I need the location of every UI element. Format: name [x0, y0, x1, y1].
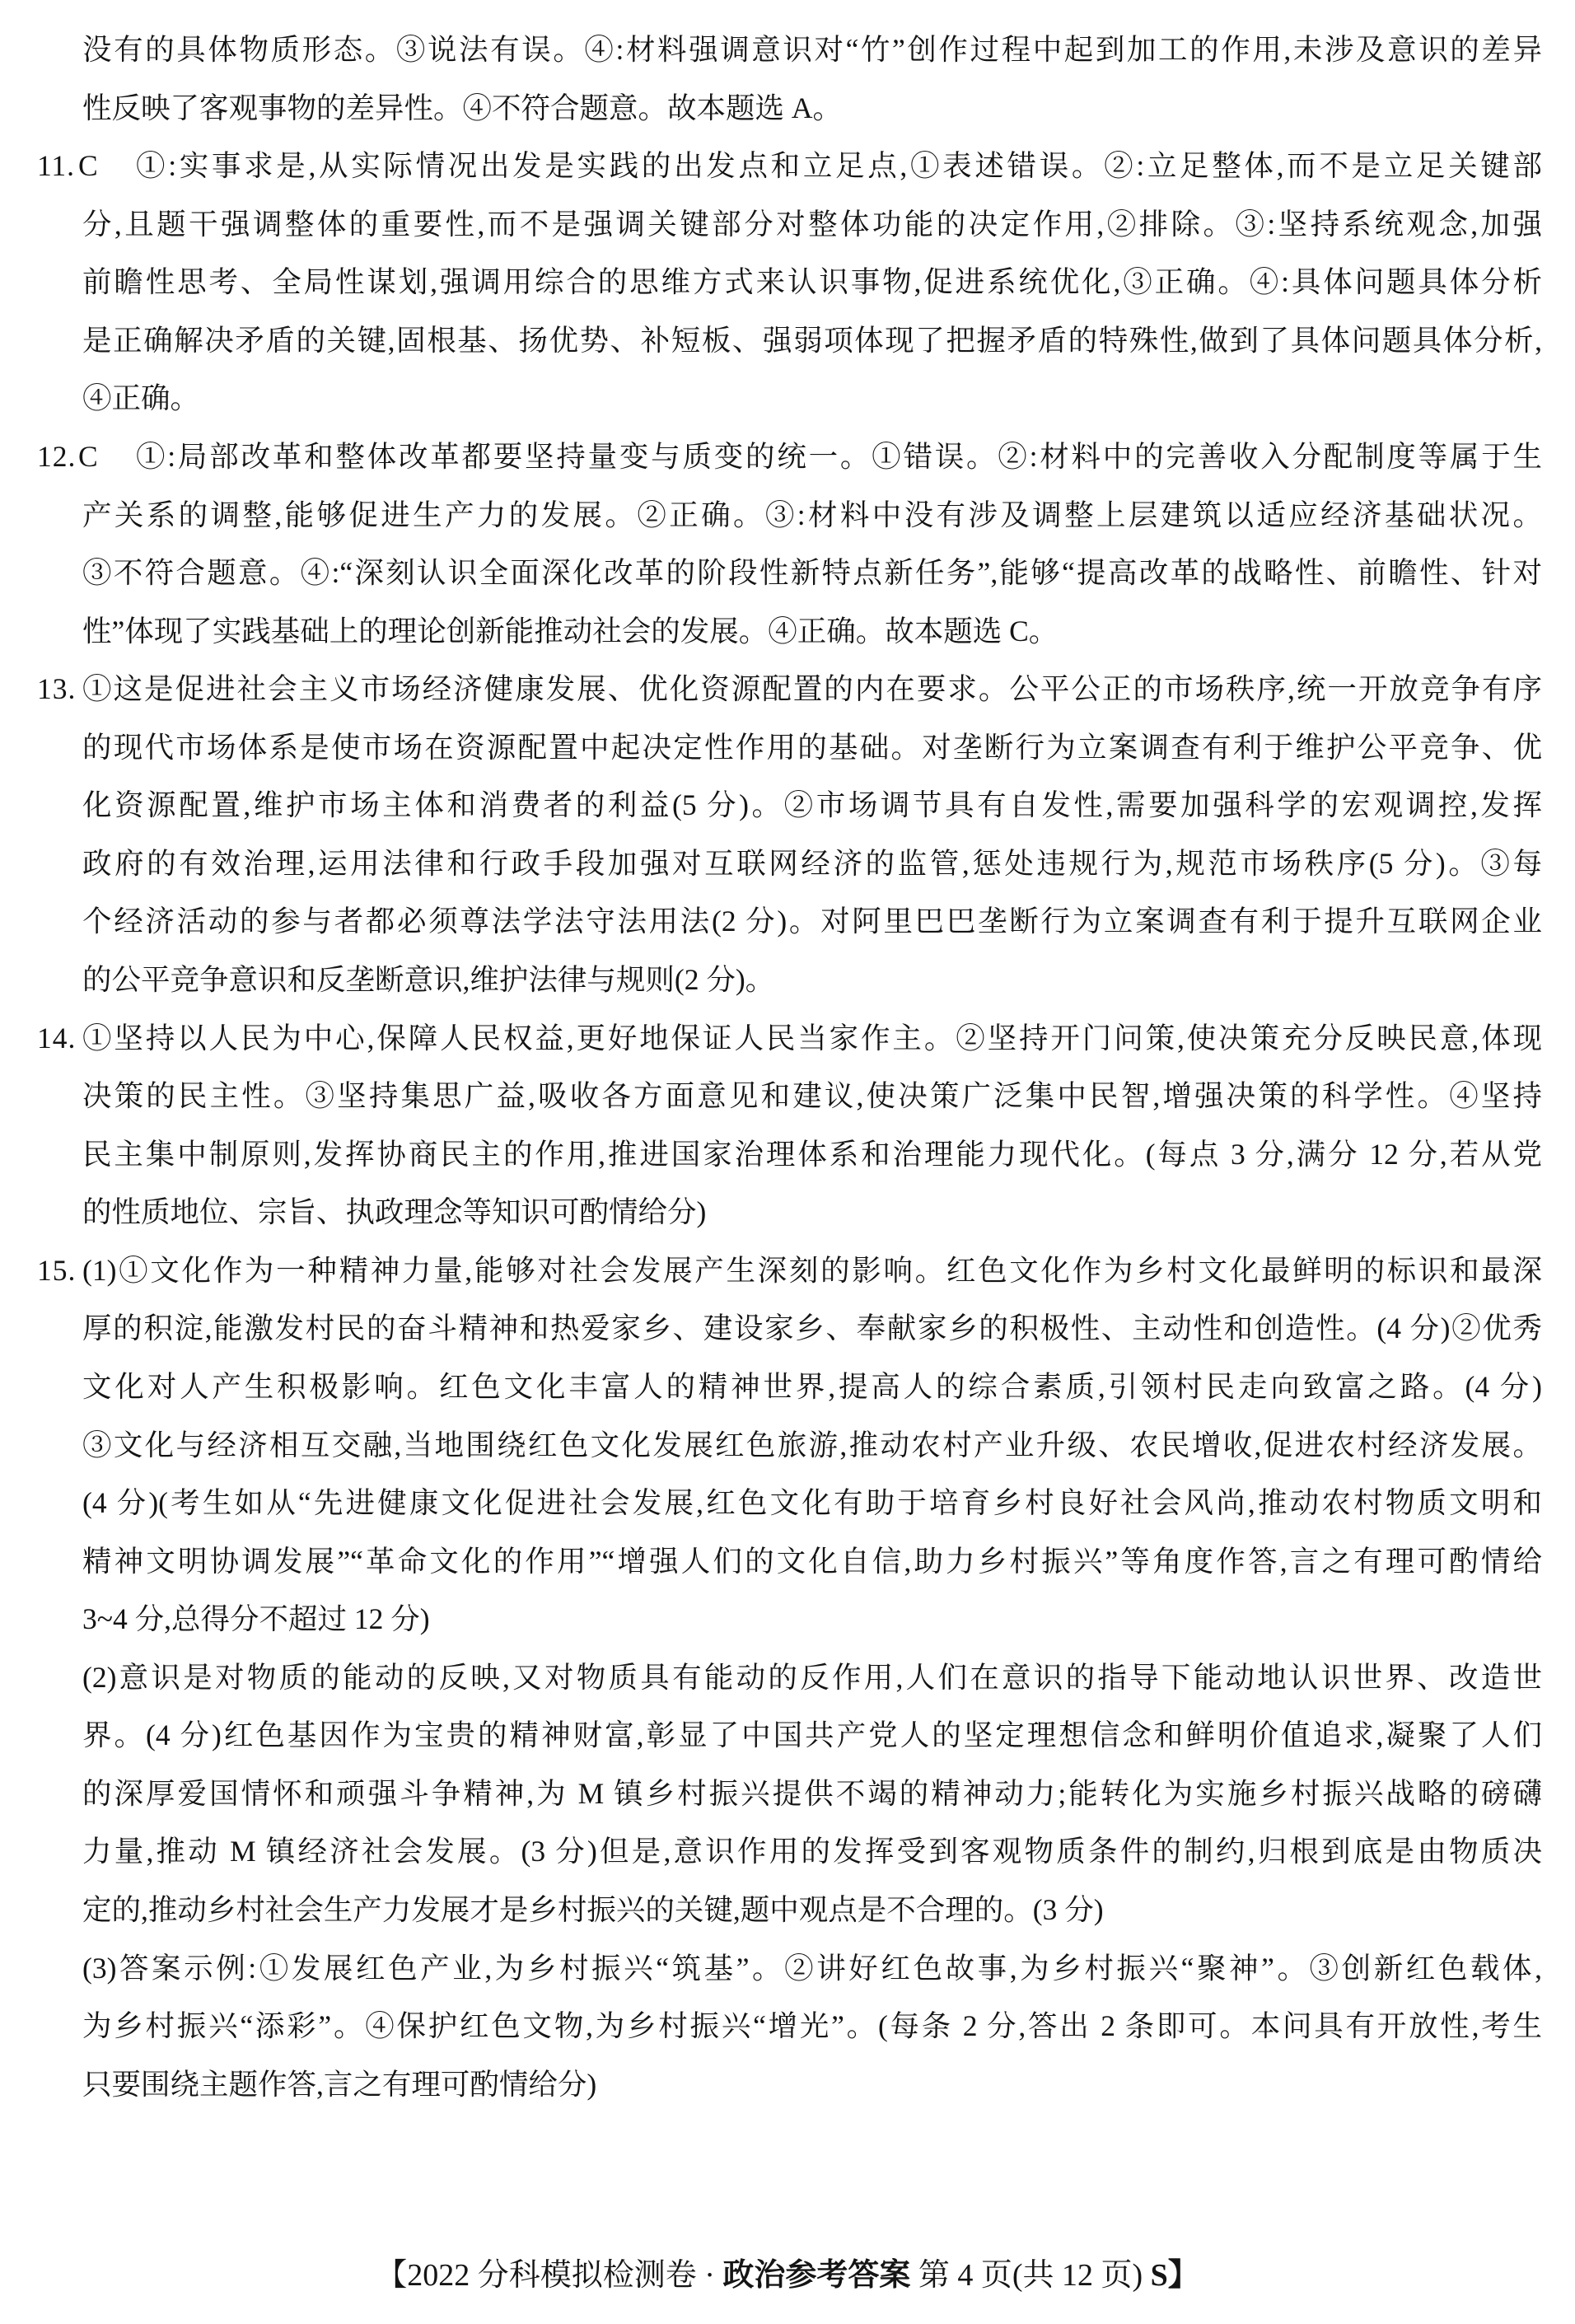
answer-line: 个经济活动的参与者都必须尊法学法守法用法(2 分)。对阿里巴巴垄断行为立案调查有…	[37, 892, 1542, 951]
answer-text: 厚的积淀,能激发村民的奋斗精神和热爱家乡、建设家乡、奉献家乡的积极性、主动性和创…	[82, 1299, 1542, 1358]
answer-line: 力量,推动 M 镇经济社会发展。(3 分)但是,意识作用的发挥受到客观物质条件的…	[37, 1822, 1542, 1881]
answer-text: 决策的民主性。③坚持集思广益,吸收各方面意见和建议,使决策广泛集中民智,增强决策…	[82, 1067, 1542, 1125]
answer-sheet-page: 没有的具体物质形态。③说法有误。④:材料强调意识对“竹”创作过程中起到加工的作用…	[0, 0, 1575, 2324]
page-footer: 【2022 分科模拟检测卷 · 政治参考答案 第 4 页(共 12 页) S】	[0, 2246, 1575, 2305]
answer-line: 14.①坚持以人民为中心,保障人民权益,更好地保证人民当家作主。②坚持开门问策,…	[37, 1009, 1542, 1068]
answer-text: 精神文明协调发展”“革命文化的作用”“增强人们的文化自信,助力乡村振兴”等角度作…	[82, 1532, 1542, 1591]
answer-line: ③文化与经济相互交融,当地围绕红色文化发展红色旅游,推动农村产业升级、农民增收,…	[37, 1416, 1542, 1475]
answer-text: ①这是促进社会主义市场经济健康发展、优化资源配置的内在要求。公平公正的市场秩序,…	[82, 660, 1542, 718]
answer-text: ①坚持以人民为中心,保障人民权益,更好地保证人民当家作主。②坚持开门问策,使决策…	[82, 1009, 1542, 1068]
answer-text: ③不符合题意。④:“深刻认识全面深化改革的阶段性新特点新任务”,能够“提高改革的…	[82, 544, 1542, 602]
answer-line: 12.C①:局部改革和整体改革都要坚持量变与质变的统一。①错误。②:材料中的完善…	[37, 428, 1542, 486]
answer-text: ①:局部改革和整体改革都要坚持量变与质变的统一。①错误。②:材料中的完善收入分配…	[136, 428, 1542, 486]
answer-line: 性”体现了实践基础上的理论创新能推动社会的发展。④正确。故本题选 C。	[37, 602, 1542, 661]
answer-text: 民主集中制原则,发挥协商民主的作用,推进国家治理体系和治理能力现代化。(每点 3…	[82, 1125, 1542, 1184]
answer-text: 个经济活动的参与者都必须尊法学法守法用法(2 分)。对阿里巴巴垄断行为立案调查有…	[82, 892, 1542, 951]
answer-text: 定的,推动乡村社会生产力发展才是乡村振兴的关键,题中观点是不合理的。(3 分)	[82, 1881, 1542, 1939]
answer-line: 的现代市场体系是使市场在资源配置中起决定性作用的基础。对垄断行为立案调查有利于维…	[37, 718, 1542, 777]
answer-text: (1)①文化作为一种精神力量,能够对社会发展产生深刻的影响。红色文化作为乡村文化…	[82, 1241, 1542, 1300]
answer-line: 没有的具体物质形态。③说法有误。④:材料强调意识对“竹”创作过程中起到加工的作用…	[37, 21, 1542, 79]
answer-line: 分,且题干强调整体的重要性,而不是强调关键部分对整体功能的决定作用,②排除。③:…	[37, 195, 1542, 254]
question-number: 13.	[37, 660, 76, 718]
answer-line: 只要围绕主题作答,言之有理可酌情给分)	[37, 2055, 1542, 2114]
answer-line: 3~4 分,总得分不超过 12 分)	[37, 1590, 1542, 1648]
answer-text: 是正确解决矛盾的关键,固根基、扬优势、补短板、强弱项体现了把握矛盾的特殊性,做到…	[82, 311, 1542, 370]
answer-text: 政府的有效治理,运用法律和行政手段加强对互联网经济的监管,惩处违规行为,规范市场…	[82, 835, 1542, 893]
answer-text: 只要围绕主题作答,言之有理可酌情给分)	[82, 2055, 1542, 2114]
answer-lines: 没有的具体物质形态。③说法有误。④:材料强调意识对“竹”创作过程中起到加工的作用…	[37, 21, 1542, 2113]
answer-line: 为乡村振兴“添彩”。④保护红色文物,为乡村振兴“增光”。(每条 2 分,答出 2…	[37, 1997, 1542, 2055]
footer-booklet-title: 【2022 分科模拟检测卷 ·	[376, 2258, 722, 2293]
answer-text: 分,且题干强调整体的重要性,而不是强调关键部分对整体功能的决定作用,②排除。③:…	[82, 195, 1542, 254]
answer-text: ①:实事求是,从实际情况出发是实践的出发点和立足点,①表述错误。②:立足整体,而…	[136, 137, 1542, 195]
answer-text: 的现代市场体系是使市场在资源配置中起决定性作用的基础。对垄断行为立案调查有利于维…	[82, 718, 1542, 777]
answer-text: (2)意识是对物质的能动的反映,又对物质具有能动的反作用,人们在意识的指导下能动…	[82, 1648, 1542, 1707]
answer-line: ④正确。	[37, 369, 1542, 428]
answer-line: 定的,推动乡村社会生产力发展才是乡村振兴的关键,题中观点是不合理的。(3 分)	[37, 1881, 1542, 1939]
question-number: 14.	[37, 1009, 76, 1068]
answer-text: ④正确。	[82, 369, 1542, 428]
answer-text: 界。(4 分)红色基因作为宝贵的精神财富,彰显了中国共产党人的坚定理想信念和鲜明…	[82, 1706, 1542, 1765]
answer-text: 性反映了客观事物的差异性。④不符合题意。故本题选 A。	[82, 79, 1542, 138]
answer-text: 性”体现了实践基础上的理论创新能推动社会的发展。④正确。故本题选 C。	[82, 602, 1542, 661]
answer-line: 精神文明协调发展”“革命文化的作用”“增强人们的文化自信,助力乡村振兴”等角度作…	[37, 1532, 1542, 1591]
answer-line: 的深厚爱国情怀和顽强斗争精神,为 M 镇乡村振兴提供不竭的精神动力;能转化为实施…	[37, 1765, 1542, 1823]
answer-line: 民主集中制原则,发挥协商民主的作用,推进国家治理体系和治理能力现代化。(每点 3…	[37, 1125, 1542, 1184]
answer-line: 的性质地位、宗旨、执政理念等知识可酌情给分)	[37, 1183, 1542, 1241]
answer-line: 厚的积淀,能激发村民的奋斗精神和热爱家乡、建设家乡、奉献家乡的积极性、主动性和创…	[37, 1299, 1542, 1358]
answer-text: 力量,推动 M 镇经济社会发展。(3 分)但是,意识作用的发挥受到客观物质条件的…	[82, 1822, 1542, 1881]
answer-line: 11.C①:实事求是,从实际情况出发是实践的出发点和立足点,①表述错误。②:立足…	[37, 137, 1542, 195]
answer-line: 决策的民主性。③坚持集思广益,吸收各方面意见和建议,使决策广泛集中民智,增强决策…	[37, 1067, 1542, 1125]
answer-line: (3)答案示例:①发展红色产业,为乡村振兴“筑基”。②讲好红色故事,为乡村振兴“…	[37, 1939, 1542, 1998]
question-number: 11.	[37, 137, 75, 195]
answer-text: 文化对人产生积极影响。红色文化丰富人的精神世界,提高人的综合素质,引领村民走向致…	[82, 1358, 1542, 1416]
answer-line: 的公平竞争意识和反垄断意识,维护法律与规则(2 分)。	[37, 951, 1542, 1009]
answer-line: ③不符合题意。④:“深刻认识全面深化改革的阶段性新特点新任务”,能够“提高改革的…	[37, 544, 1542, 602]
answer-text: 的公平竞争意识和反垄断意识,维护法律与规则(2 分)。	[82, 951, 1542, 1009]
answer-text: (3)答案示例:①发展红色产业,为乡村振兴“筑基”。②讲好红色故事,为乡村振兴“…	[82, 1939, 1542, 1998]
answer-line: 性反映了客观事物的差异性。④不符合题意。故本题选 A。	[37, 79, 1542, 138]
footer-page-number: 第 4 页(共 12 页)	[910, 2258, 1150, 2293]
answer-line: 界。(4 分)红色基因作为宝贵的精神财富,彰显了中国共产党人的坚定理想信念和鲜明…	[37, 1706, 1542, 1765]
answer-line: 化资源配置,维护市场主体和消费者的利益(5 分)。②市场调节具有自发性,需要加强…	[37, 776, 1542, 835]
answer-text: 前瞻性思考、全局性谋划,强调用综合的思维方式来认识事物,促进系统优化,③正确。④…	[82, 253, 1542, 311]
answer-text: 为乡村振兴“添彩”。④保护红色文物,为乡村振兴“增光”。(每条 2 分,答出 2…	[82, 1997, 1542, 2055]
answer-line: 15.(1)①文化作为一种精神力量,能够对社会发展产生深刻的影响。红色文化作为乡…	[37, 1241, 1542, 1300]
answer-text: 3~4 分,总得分不超过 12 分)	[82, 1590, 1542, 1648]
answer-line: 13.①这是促进社会主义市场经济健康发展、优化资源配置的内在要求。公平公正的市场…	[37, 660, 1542, 718]
question-number: 12.	[37, 428, 76, 486]
answer-line: 前瞻性思考、全局性谋划,强调用综合的思维方式来认识事物,促进系统优化,③正确。④…	[37, 253, 1542, 311]
answer-line: 文化对人产生积极影响。红色文化丰富人的精神世界,提高人的综合素质,引领村民走向致…	[37, 1358, 1542, 1416]
question-number: 15.	[37, 1241, 76, 1300]
footer-version-code: S】	[1151, 2258, 1199, 2293]
answer-text: 的深厚爱国情怀和顽强斗争精神,为 M 镇乡村振兴提供不竭的精神动力;能转化为实施…	[82, 1765, 1542, 1823]
footer-subject-title: 政治参考答案	[722, 2258, 910, 2293]
answer-text: ③文化与经济相互交融,当地围绕红色文化发展红色旅游,推动农村产业升级、农民增收,…	[82, 1416, 1542, 1475]
answer-line: (4 分)(考生如从“先进健康文化促进社会发展,红色文化有助于培育乡村良好社会风…	[37, 1474, 1542, 1532]
answer-text: (4 分)(考生如从“先进健康文化促进社会发展,红色文化有助于培育乡村良好社会风…	[82, 1474, 1542, 1532]
answer-line: 是正确解决矛盾的关键,固根基、扬优势、补短板、强弱项体现了把握矛盾的特殊性,做到…	[37, 311, 1542, 370]
answer-text: 的性质地位、宗旨、执政理念等知识可酌情给分)	[82, 1183, 1542, 1241]
answer-text: 化资源配置,维护市场主体和消费者的利益(5 分)。②市场调节具有自发性,需要加强…	[82, 776, 1542, 835]
answer-line: 产关系的调整,能够促进生产力的发展。②正确。③:材料中没有涉及调整上层建筑以适应…	[37, 486, 1542, 545]
answer-text: 产关系的调整,能够促进生产力的发展。②正确。③:材料中没有涉及调整上层建筑以适应…	[82, 486, 1542, 545]
answer-line: 政府的有效治理,运用法律和行政手段加强对互联网经济的监管,惩处违规行为,规范市场…	[37, 835, 1542, 893]
answer-letter: C	[78, 428, 98, 486]
answer-text: 没有的具体物质形态。③说法有误。④:材料强调意识对“竹”创作过程中起到加工的作用…	[82, 21, 1542, 79]
answer-line: (2)意识是对物质的能动的反映,又对物质具有能动的反作用,人们在意识的指导下能动…	[37, 1648, 1542, 1707]
answer-letter: C	[78, 137, 98, 195]
